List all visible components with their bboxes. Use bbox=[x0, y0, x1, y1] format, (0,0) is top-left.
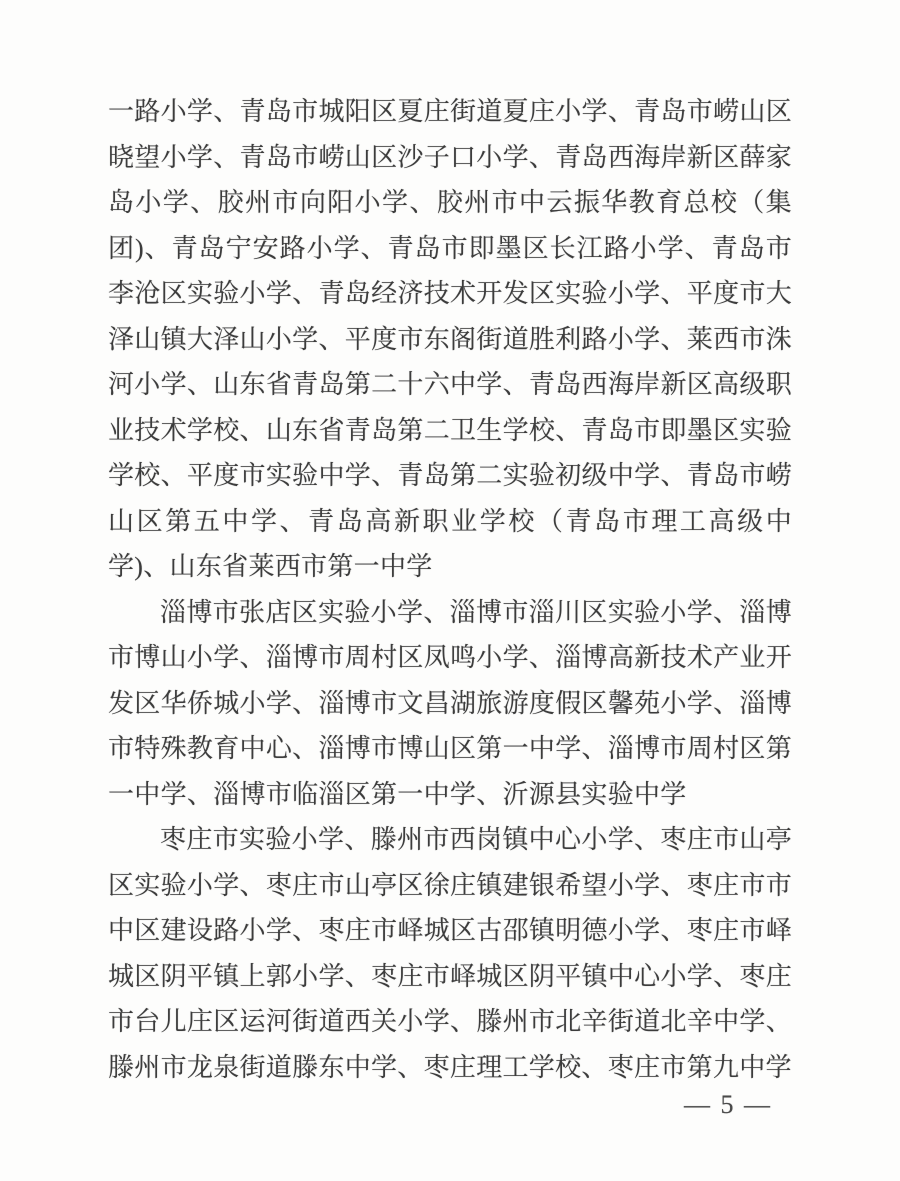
page-number: — 5 — bbox=[108, 1088, 900, 1122]
paragraph-qingdao-schools: 一路小学、青岛市城阳区夏庄街道夏庄小学、青岛市崂山区晓望小学、青岛市崂山区沙子口… bbox=[108, 89, 792, 590]
paragraph-zibo-schools: 淄博市张店区实验小学、淄博市淄川区实验小学、淄博市博山小学、淄博市周村区凤鸣小学… bbox=[108, 590, 792, 818]
paragraph-zaozhuang-schools: 枣庄市实验小学、滕州市西岗镇中心小学、枣庄市山亭区实验小学、枣庄市山亭区徐庄镇建… bbox=[108, 817, 792, 1090]
document-body: 一路小学、青岛市城阳区夏庄街道夏庄小学、青岛市崂山区晓望小学、青岛市崂山区沙子口… bbox=[108, 89, 792, 1090]
scanned-document-page: 一路小学、青岛市城阳区夏庄街道夏庄小学、青岛市崂山区晓望小学、青岛市崂山区沙子口… bbox=[0, 0, 900, 1181]
